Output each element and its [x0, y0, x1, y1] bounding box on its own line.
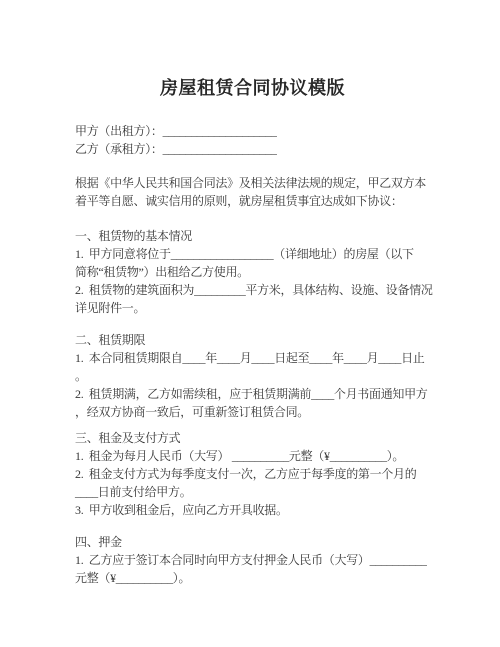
contract-line: 简称“租赁物”）出租给乙方使用。: [75, 263, 430, 281]
section-leased-property: 一、租赁物的基本情况 1. 甲方同意将位于__________________（…: [75, 227, 430, 317]
contract-title: 房屋租赁合同协议模版: [75, 76, 430, 100]
contract-line: 元整（¥__________）。: [75, 569, 430, 587]
contract-line: 1. 本合同租赁期限自____年____月____日起至____年____月__…: [75, 349, 430, 367]
party-b-line: 乙方（承租方）：____________________: [75, 140, 430, 158]
section-rent-payment: 三、租金及支付方式 1. 租金为每月人民币（大写） __________元整（¥…: [75, 429, 430, 519]
contract-line: 详见附件一。: [75, 299, 430, 317]
section-deposit: 四、押金 1. 乙方应于签订本合同时向甲方支付押金人民币（大写）________…: [75, 533, 430, 587]
contract-line: 1. 乙方应于签订本合同时向甲方支付押金人民币（大写）__________: [75, 551, 430, 569]
preamble-line: 根据《中华人民共和国合同法》及相关法律法规的规定，甲乙双方本: [75, 174, 430, 192]
contract-line: 1. 租金为每月人民币（大写） __________元整（¥__________…: [75, 447, 430, 465]
contract-line: ，经双方协商一致后，可重新签订租赁合同。: [75, 403, 430, 421]
contract-page: 房屋租赁合同协议模版 甲方（出租方）：____________________ …: [0, 0, 500, 647]
contract-line: 3. 甲方收到租金后，应向乙方开具收据。: [75, 501, 430, 519]
section-heading: 一、租赁物的基本情况: [75, 227, 430, 245]
contract-line: 2. 租金支付方式为每季度支付一次，乙方应于每季度的第一个月的: [75, 465, 430, 483]
preamble: 根据《中华人民共和国合同法》及相关法律法规的规定，甲乙双方本 着平等自愿、诚实信…: [75, 174, 430, 210]
contract-line: 2. 租赁期满，乙方如需续租，应于租赁期满前____个月书面通知甲方: [75, 385, 430, 403]
section-heading: 四、押金: [75, 533, 430, 551]
section-heading: 二、租赁期限: [75, 331, 430, 349]
preamble-line: 着平等自愿、诚实信用的原则，就房屋租赁事宜达成如下协议：: [75, 192, 430, 210]
section-heading: 三、租金及支付方式: [75, 429, 430, 447]
section-lease-term: 二、租赁期限 1. 本合同租赁期限自____年____月____日起至____年…: [75, 331, 430, 421]
party-a-line: 甲方（出租方）：____________________: [75, 122, 430, 140]
contract-line: 。: [75, 367, 430, 385]
contract-line: 1. 甲方同意将位于__________________（详细地址）的房屋（以下: [75, 245, 430, 263]
contract-line: 2. 租赁物的建筑面积为_________平方米，具体结构、设施、设备情况: [75, 281, 430, 299]
contract-line: ____日前支付给甲方。: [75, 483, 430, 501]
